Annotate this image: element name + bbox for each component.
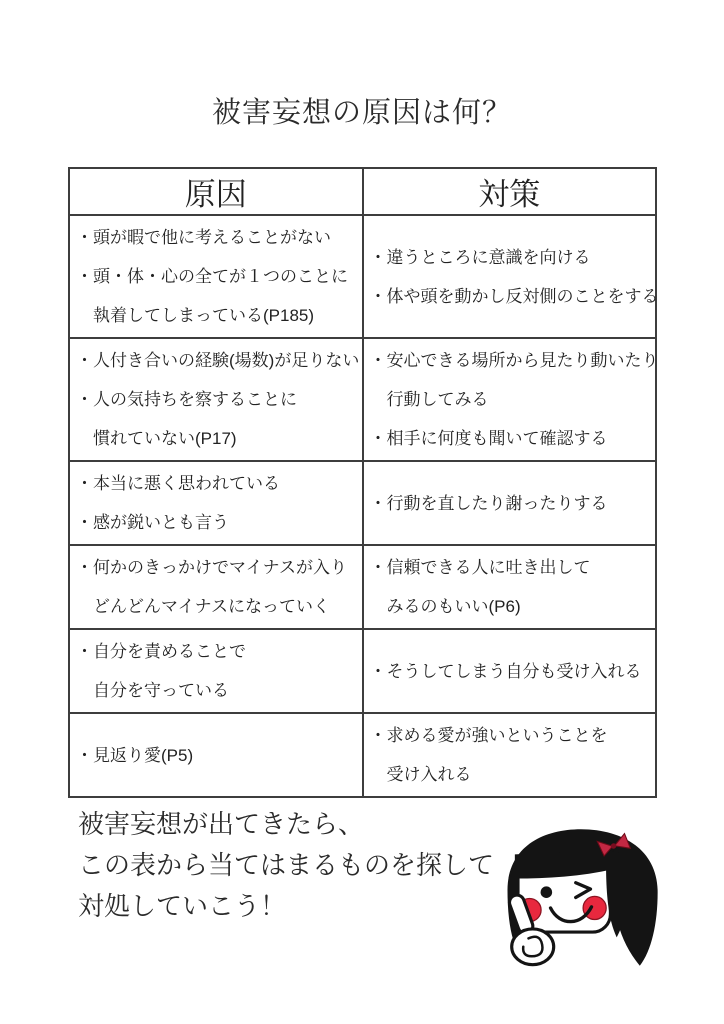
cell-line: ・違うところに意識を向ける: [370, 238, 654, 277]
table-row: ・何かのきっかけでマイナスが入り どんどんマイナスになっていく・信頼できる人に吐…: [69, 545, 656, 629]
girl-open-eye: [541, 886, 553, 898]
cell-cause: ・頭が暇で他に考えることがない・頭・体・心の全てが１つのことに 執着してしまって…: [69, 215, 363, 338]
column-header-action: 対策: [363, 168, 657, 215]
cell-line: 自分を守っている: [76, 671, 360, 710]
table-row: ・見返り愛(P5)・求める愛が強いということを 受け入れる: [69, 713, 656, 797]
cell-line: 執着してしまっている(P185): [76, 296, 360, 335]
cell-line: 慣れていない(P17): [76, 419, 360, 458]
cell-line: 行動してみる: [370, 380, 654, 419]
cell-cause: ・本当に悪く思われている・感が鋭いとも言う: [69, 461, 363, 545]
table-body: ・頭が暇で他に考えることがない・頭・体・心の全てが１つのことに 執着してしまって…: [69, 215, 656, 797]
cell-line: 受け入れる: [370, 755, 654, 794]
cell-line: ・感が鋭いとも言う: [76, 503, 360, 542]
cell-action: ・違うところに意識を向ける・体や頭を動かし反対側のことをする: [363, 215, 657, 338]
cell-action: ・信頼できる人に吐き出して みるのもいい(P6): [363, 545, 657, 629]
cell-cause: ・見返り愛(P5): [69, 713, 363, 797]
page-title: 被害妄想の原因は何？: [0, 90, 724, 131]
cell-line: ・何かのきっかけでマイナスが入り: [76, 548, 360, 587]
cell-action: ・そうしてしまう自分も受け入れる: [363, 629, 657, 713]
table-row: ・本当に悪く思われている・感が鋭いとも言う・行動を直したり謝ったりする: [69, 461, 656, 545]
cell-line: ・体や頭を動かし反対側のことをする: [370, 277, 654, 316]
column-header-cause: 原因: [69, 168, 363, 215]
cell-action: ・行動を直したり謝ったりする: [363, 461, 657, 545]
table-header-row: 原因 対策: [69, 168, 656, 215]
cell-line: ・見返り愛(P5): [76, 736, 360, 775]
cell-line: ・行動を直したり謝ったりする: [370, 484, 654, 523]
cell-line: ・人付き合いの経験(場数)が足りない: [76, 341, 360, 380]
cell-line: ・人の気持ちを察することに: [76, 380, 360, 419]
cell-cause: ・何かのきっかけでマイナスが入り どんどんマイナスになっていく: [69, 545, 363, 629]
footer-line: 被害妄想が出てきたら、: [78, 804, 494, 845]
cell-line: どんどんマイナスになっていく: [76, 587, 360, 626]
cell-action: ・安心できる場所から見たり動いたり 行動してみる・相手に何度も聞いて確認する: [363, 338, 657, 461]
table-row: ・自分を責めることで 自分を守っている・そうしてしまう自分も受け入れる: [69, 629, 656, 713]
cell-line: ・求める愛が強いということを: [370, 716, 654, 755]
cell-cause: ・自分を責めることで 自分を守っている: [69, 629, 363, 713]
footer-text: 被害妄想が出てきたら、この表から当てはまるものを探して対処していこう！: [78, 804, 494, 927]
cause-table: 原因 対策 ・頭が暇で他に考えることがない・頭・体・心の全てが１つのことに 執着…: [68, 167, 657, 798]
table-row: ・頭が暇で他に考えることがない・頭・体・心の全てが１つのことに 執着してしまって…: [69, 215, 656, 338]
cell-line: ・信頼できる人に吐き出して: [370, 548, 654, 587]
cell-cause: ・人付き合いの経験(場数)が足りない・人の気持ちを察することに 慣れていない(P…: [69, 338, 363, 461]
footer-line: 対処していこう！: [78, 886, 494, 927]
cell-line: ・安心できる場所から見たり動いたり: [370, 341, 654, 380]
cell-line: ・本当に悪く思われている: [76, 464, 360, 503]
cell-line: ・自分を責めることで: [76, 632, 360, 671]
cell-action: ・求める愛が強いということを 受け入れる: [363, 713, 657, 797]
cell-line: ・そうしてしまう自分も受け入れる: [370, 652, 654, 691]
winking-girl-illustration: [486, 804, 676, 972]
table-row: ・人付き合いの経験(場数)が足りない・人の気持ちを察することに 慣れていない(P…: [69, 338, 656, 461]
cell-line: みるのもいい(P6): [370, 587, 654, 626]
footer-line: この表から当てはまるものを探して: [78, 845, 494, 886]
cell-line: ・頭が暇で他に考えることがない: [76, 218, 360, 257]
cell-line: ・頭・体・心の全てが１つのことに: [76, 257, 360, 296]
cell-line: ・相手に何度も聞いて確認する: [370, 419, 654, 458]
